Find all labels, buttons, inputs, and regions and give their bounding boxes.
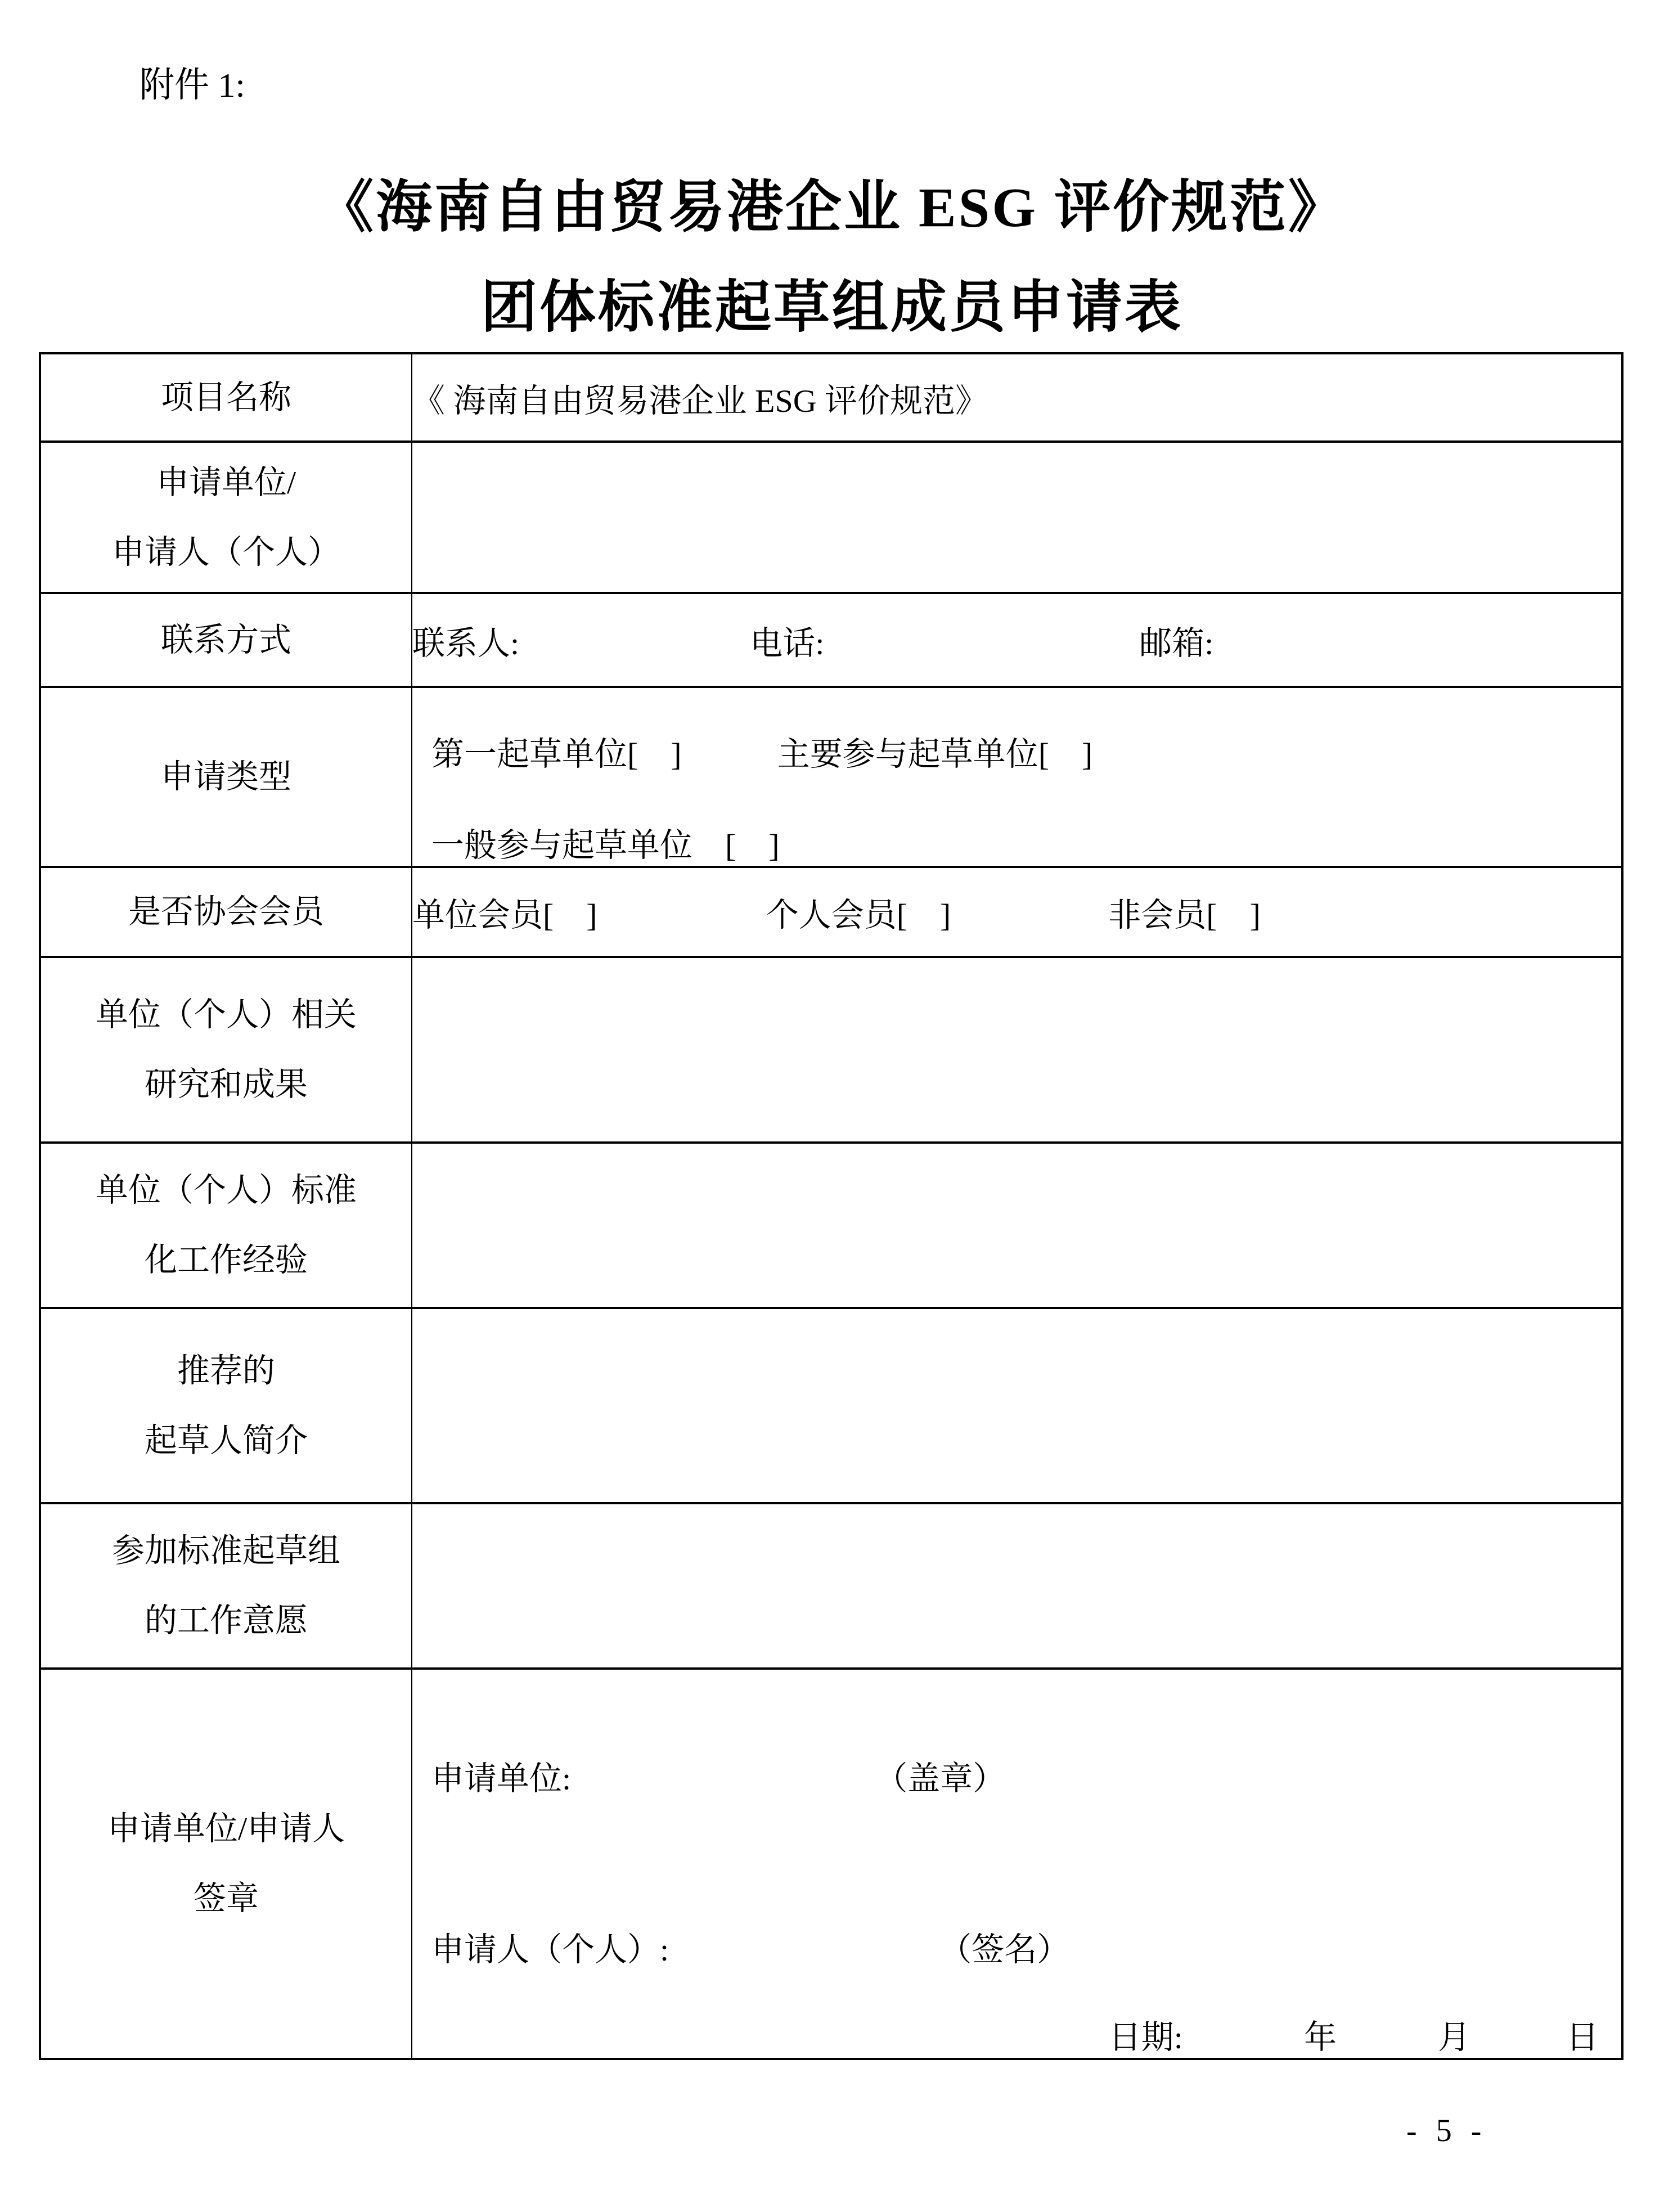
contact-person-label: 联系人: xyxy=(412,625,519,662)
email-label: 邮箱: xyxy=(1139,625,1213,662)
signature-person-line: 申请人（个人）:（签名） xyxy=(431,1923,1069,1970)
project-name-value: 《 海南自由贸易港企业 ESG 评价规范》 xyxy=(412,383,988,419)
attachment-label: 附件 1: xyxy=(140,63,245,109)
contact-label-cell: 联系方式 xyxy=(40,593,412,687)
willingness-label-cell: 参加标准起草组 的工作意愿 xyxy=(40,1503,412,1669)
applicant-label-cell: 申请单位/ 申请人（个人） xyxy=(40,442,412,593)
drafter-profile-label-cell: 推荐的 起草人简介 xyxy=(40,1308,412,1503)
membership-options-cell: 单位会员[ ]个人会员[ ]非会员[ ] xyxy=(412,867,1622,957)
signature-date-line: 日期:年月日 xyxy=(1109,2011,1599,2058)
option-general-participant: 一般参与起草单位 [ ] xyxy=(431,827,780,864)
row-applicant: 申请单位/ 申请人（个人） xyxy=(40,442,1622,593)
document-title: 《海南自由贸易港企业 ESG 评价规范》 团体标准起草组成员申请表 xyxy=(0,158,1664,358)
signature-content-cell: 申请单位:（盖章） 申请人（个人）:（签名） 日期:年月日 xyxy=(412,1669,1622,2059)
unit-label: 申请单位: xyxy=(431,1760,571,1797)
willingness-input-cell xyxy=(412,1503,1622,1669)
apply-type-options-line1: 第一起草单位[ ]主要参与起草单位[ ] xyxy=(431,727,1092,775)
project-name-label-cell: 项目名称 xyxy=(40,353,412,442)
signature-unit-line: 申请单位:（盖章） xyxy=(431,1752,1005,1799)
month-label: 月 xyxy=(1438,2019,1470,2056)
document-title-line1: 《海南自由贸易港企业 ESG 评价规范》 xyxy=(0,158,1664,258)
drafter-profile-input-cell xyxy=(412,1308,1622,1503)
document-page: 附件 1: 《海南自由贸易港企业 ESG 评价规范》 团体标准起草组成员申请表 … xyxy=(0,0,1664,2212)
row-standardization-experience: 单位（个人）标准 化工作经验 xyxy=(40,1143,1622,1308)
row-work-willingness: 参加标准起草组 的工作意愿 xyxy=(40,1503,1622,1669)
standardization-input-cell xyxy=(412,1143,1622,1308)
row-apply-type: 申请类型 第一起草单位[ ]主要参与起草单位[ ] 一般参与起草单位 [ ] xyxy=(40,687,1622,867)
row-label: 单位（个人）相关 xyxy=(41,980,411,1050)
option-first-drafter: 第一起草单位[ ] xyxy=(431,736,682,772)
row-label: 推荐的 xyxy=(41,1336,411,1406)
option-individual-member: 个人会员[ ] xyxy=(766,897,951,933)
phone-label: 电话: xyxy=(750,625,824,662)
apply-type-options-line2: 一般参与起草单位 [ ] xyxy=(431,819,780,866)
row-label: 签章 xyxy=(41,1864,411,1934)
option-main-participant: 主要参与起草单位[ ] xyxy=(777,736,1093,772)
document-title-line2: 团体标准起草组成员申请表 xyxy=(0,258,1664,358)
signature-label: （签名） xyxy=(939,1931,1069,1968)
person-label: 申请人（个人）: xyxy=(431,1931,669,1968)
day-label: 日 xyxy=(1566,2019,1599,2056)
page-number: - 5 - xyxy=(1406,2113,1487,2149)
row-label: 参加标准起草组 xyxy=(41,1516,411,1586)
research-input-cell xyxy=(412,957,1622,1143)
application-form-table: 项目名称 《 海南自由贸易港企业 ESG 评价规范》 申请单位/ 申请人（个人）… xyxy=(39,352,1623,2060)
seal-label: （盖章） xyxy=(875,1760,1005,1797)
date-label: 日期: xyxy=(1109,2019,1183,2056)
row-label: 是否协会会员 xyxy=(41,877,411,947)
option-non-member: 非会员[ ] xyxy=(1108,897,1261,933)
option-unit-member: 单位会员[ ] xyxy=(412,897,597,933)
row-signature: 申请单位/申请人 签章 申请单位:（盖章） 申请人（个人）:（签名） 日期:年月… xyxy=(40,1669,1622,2059)
row-label: 申请类型 xyxy=(41,742,411,812)
row-contact: 联系方式 联系人:电话:邮箱: xyxy=(40,593,1622,687)
row-label: 的工作意愿 xyxy=(41,1586,411,1656)
apply-type-label-cell: 申请类型 xyxy=(40,687,412,867)
standardization-label-cell: 单位（个人）标准 化工作经验 xyxy=(40,1143,412,1308)
row-label: 起草人简介 xyxy=(41,1406,411,1476)
apply-type-options-cell: 第一起草单位[ ]主要参与起草单位[ ] 一般参与起草单位 [ ] xyxy=(412,687,1622,867)
row-label: 联系方式 xyxy=(41,605,411,675)
row-label: 申请单位/申请人 xyxy=(41,1794,411,1864)
row-label: 单位（个人）标准 xyxy=(41,1156,411,1225)
row-label: 项目名称 xyxy=(41,363,411,433)
row-label: 申请单位/ xyxy=(41,448,411,518)
row-label: 化工作经验 xyxy=(41,1225,411,1295)
signature-label-cell: 申请单位/申请人 签章 xyxy=(40,1669,412,2059)
row-research-achievements: 单位（个人）相关 研究和成果 xyxy=(40,957,1622,1143)
applicant-input-cell xyxy=(412,442,1622,593)
year-label: 年 xyxy=(1304,2019,1337,2056)
row-project-name: 项目名称 《 海南自由贸易港企业 ESG 评价规范》 xyxy=(40,353,1622,442)
row-drafter-profile: 推荐的 起草人简介 xyxy=(40,1308,1622,1503)
row-membership: 是否协会会员 单位会员[ ]个人会员[ ]非会员[ ] xyxy=(40,867,1622,957)
contact-fields-cell: 联系人:电话:邮箱: xyxy=(412,593,1622,687)
project-name-value-cell: 《 海南自由贸易港企业 ESG 评价规范》 xyxy=(412,353,1622,442)
membership-label-cell: 是否协会会员 xyxy=(40,867,412,957)
row-label: 申请人（个人） xyxy=(41,518,411,587)
research-label-cell: 单位（个人）相关 研究和成果 xyxy=(40,957,412,1143)
row-label: 研究和成果 xyxy=(41,1050,411,1120)
